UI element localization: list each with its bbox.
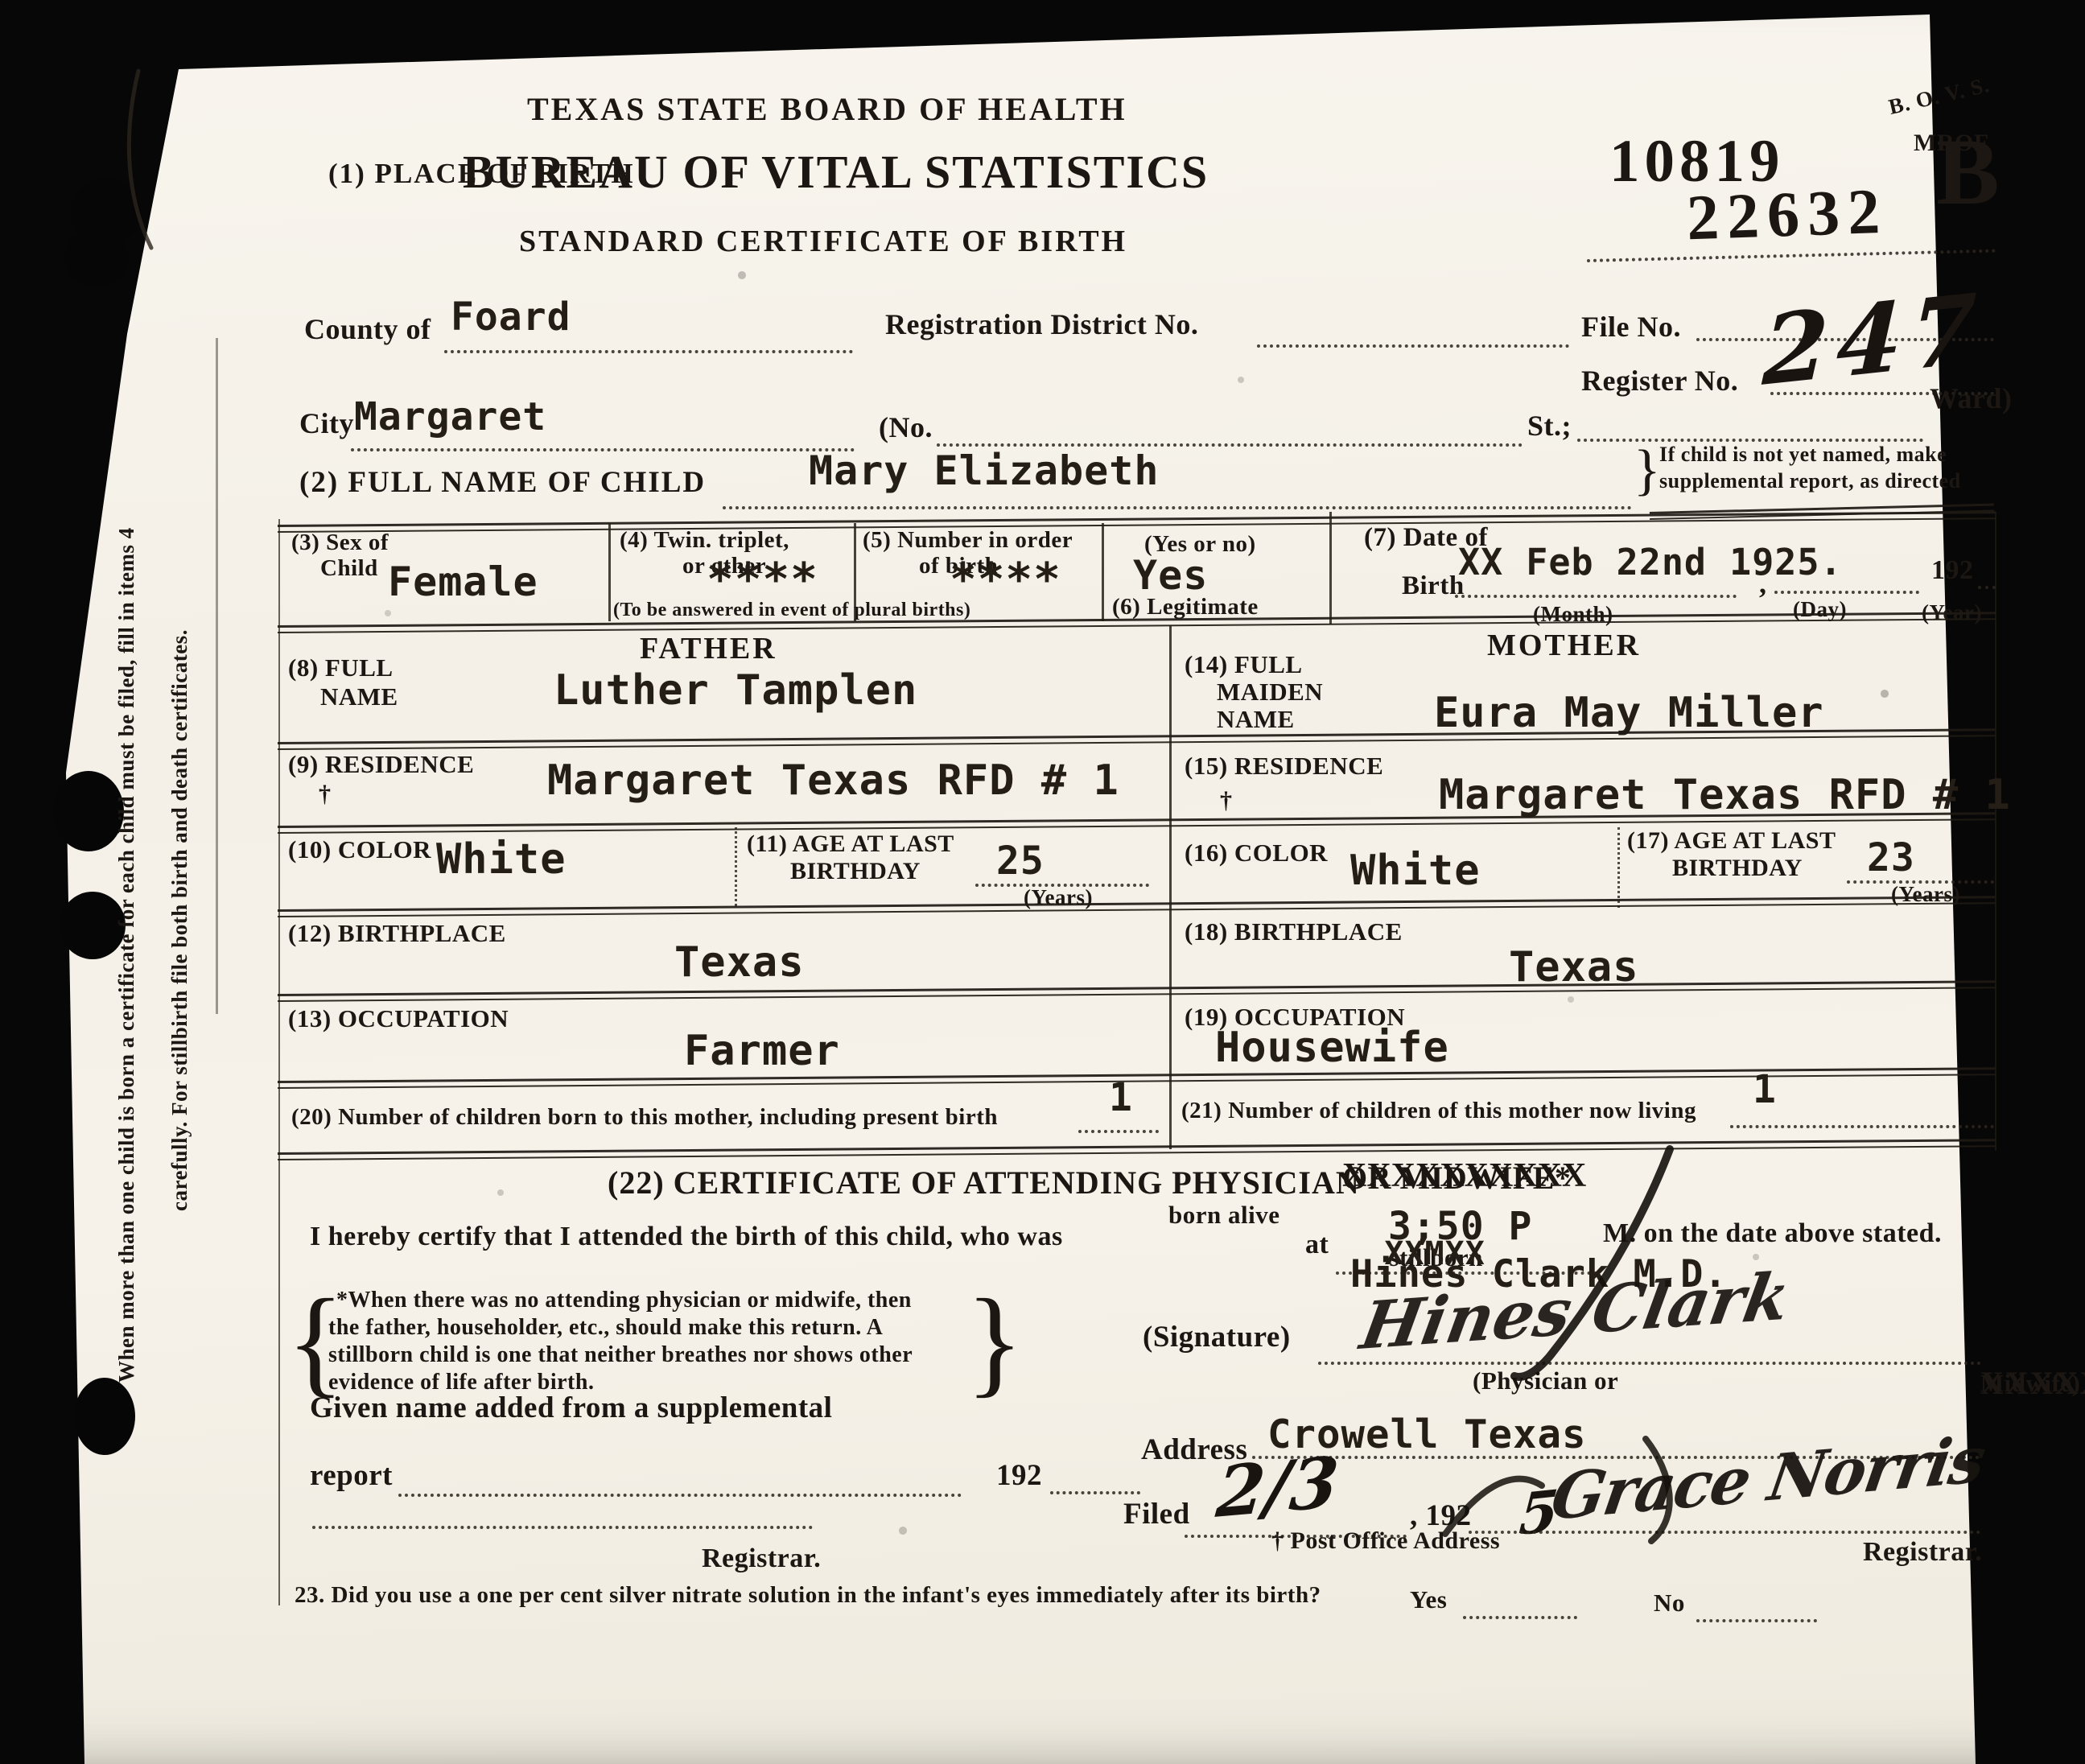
certificate-title: STANDARD CERTIFICATE OF BIRTH (519, 224, 1127, 259)
city-line (351, 448, 855, 451)
father-occupation-label: (13) OCCUPATION (288, 1004, 509, 1033)
registrar-left-line (312, 1526, 813, 1529)
sex-label-1: (3) Sex of (291, 530, 389, 556)
age-divider (1617, 827, 1620, 908)
certify-statement: I hereby certify that I attended the bir… (310, 1222, 1063, 1252)
legitimate-label: (6) Legitimate (1112, 594, 1259, 620)
mother-color-value: White (1350, 847, 1481, 895)
form-letter-b: B (1936, 117, 2000, 227)
mother-residence-dagger: † (1220, 787, 1233, 814)
note-brace-right: } (966, 1281, 1024, 1402)
father-color-value: White (436, 835, 567, 884)
supplemental-note-1: If child is not yet named, make (1659, 443, 1947, 467)
child-name-line (723, 506, 1632, 509)
birth-order-value: **** (950, 554, 1061, 606)
mother-name-label-3: NAME (1217, 705, 1295, 734)
ward-label: Ward) (1930, 381, 2013, 415)
city-value: Margaret (354, 394, 546, 439)
physician-note-3: stillborn child is one that neither brea… (328, 1342, 913, 1368)
age-divider (735, 827, 737, 906)
father-age-label-1: (11) AGE AT LAST (747, 830, 954, 858)
children-born-value: 1 (1109, 1075, 1133, 1120)
mother-color-label: (16) COLOR (1185, 839, 1328, 868)
street-label: St.; (1527, 409, 1572, 443)
plural-births-note: (To be answered in event of plural birth… (613, 600, 970, 621)
margin-instruction-line1: When more than one child is born a certi… (114, 527, 139, 1383)
yes-line (1463, 1616, 1577, 1619)
father-residence-label: (9) RESIDENCE (288, 750, 474, 779)
district-line (1257, 344, 1569, 348)
report-line (398, 1494, 962, 1497)
after-time-text: M. on the date above stated. (1603, 1218, 1942, 1249)
paper-crease (216, 338, 218, 1014)
hole-punch (53, 771, 124, 851)
registration-district-label: Registration District No. (885, 307, 1198, 341)
question-23-yes: Yes (1410, 1585, 1447, 1614)
form-vertical-label: MROF (1914, 132, 1927, 155)
filed-date-value: 2/3 (1214, 1441, 1341, 1534)
children-born-label: (20) Number of children born to this mot… (291, 1104, 998, 1131)
at-label: at (1305, 1230, 1329, 1260)
year-line (1978, 586, 1996, 589)
children-living-value: 1 (1753, 1067, 1777, 1112)
father-name-label-1: (8) FULL (288, 653, 394, 682)
registrar-right-line (1469, 1531, 1980, 1534)
mother-age-value: 23 (1867, 835, 1915, 880)
date-of-birth-value: XX Feb 22nd 1925. (1458, 541, 1843, 583)
supplemental-note-2: supplemental report, as directed (1659, 469, 1961, 493)
grid-line (1102, 523, 1104, 621)
scanned-birth-certificate: When more than one child is born a certi… (0, 0, 2085, 1764)
father-residence-dagger: † (319, 781, 332, 808)
father-age-label-2: BIRTHDAY (790, 858, 921, 885)
mother-section-title: MOTHER (1487, 628, 1641, 663)
register-no-label: Register No. (1581, 364, 1738, 398)
twin-value: **** (707, 554, 818, 606)
physician-note-2: the father, householder, etc., should ma… (328, 1315, 883, 1341)
father-birthplace-value: Texas (674, 938, 805, 987)
street-no-label: (No. (879, 410, 933, 444)
agency-title: TEXAS STATE BOARD OF HEALTH (527, 90, 1127, 128)
born-alive-label: born alive (1168, 1201, 1279, 1230)
scan-specks (0, 0, 3, 3)
street-no-line (937, 443, 1523, 447)
hole-punch (64, 229, 129, 286)
children-living-label: (21) Number of children of this mother n… (1181, 1098, 1696, 1124)
signature-label: (Signature) (1143, 1320, 1291, 1354)
report-year-line (1050, 1491, 1140, 1494)
margin-instruction-line2: carefully. For stillbirth file both birt… (167, 629, 192, 1211)
father-color-label: (10) COLOR (288, 835, 431, 864)
hole-punch (74, 1378, 135, 1455)
mother-birthplace-label: (18) BIRTHPLACE (1185, 917, 1403, 946)
question-23-text: 23. Did you use a one per cent silver ni… (295, 1582, 1321, 1609)
file-number-stamp: 22632 (1685, 175, 1889, 256)
children-born-line (1078, 1130, 1159, 1133)
father-occupation-value: Farmer (684, 1027, 840, 1075)
sex-value: Female (388, 558, 538, 605)
filed-label: Filed (1123, 1497, 1190, 1531)
child-name-label: (2) FULL NAME OF CHILD (299, 465, 706, 500)
mother-occupation-value: Housewife (1215, 1024, 1449, 1072)
child-name-value: Mary Elizabeth (809, 447, 1159, 494)
physician-note-1: *When there was no attending physician o… (336, 1288, 912, 1313)
or-midwife-struck: OR MIDWIFE* XXXXXXXXXX (1342, 1159, 1571, 1197)
question-23-no: No (1654, 1589, 1685, 1618)
strike-x-overlay: XXXXXXXXXX (1342, 1156, 1594, 1195)
report-year: 192 (996, 1458, 1042, 1493)
no-line (1696, 1619, 1817, 1622)
county-value: Foard (451, 295, 571, 340)
children-living-line (1730, 1125, 1994, 1128)
report-label: report (310, 1458, 393, 1493)
midwife-struck: Midwife) XXXXX (1980, 1369, 2081, 1398)
sex-label-2: Child (320, 555, 378, 582)
given-name-note: Given name added from a supplemental (310, 1391, 832, 1425)
registrar-left-label: Registrar. (702, 1543, 821, 1574)
parent-divider (1169, 625, 1172, 1149)
month-line (1455, 595, 1737, 598)
father-name-label-2: NAME (320, 682, 398, 711)
city-label: City (299, 406, 354, 440)
father-section-title: FATHER (640, 631, 777, 666)
strike-x-overlay: XXXXX (1980, 1364, 2085, 1402)
twin-label-1: (4) Twin. triplet, (620, 527, 789, 554)
mother-residence-label: (15) RESIDENCE (1185, 752, 1383, 781)
county-label: County of (304, 312, 431, 346)
grid-line (1329, 512, 1332, 624)
father-birthplace-label: (12) BIRTHPLACE (288, 919, 506, 948)
registrar-right-label: Registrar. (1863, 1537, 1982, 1568)
father-residence-value: Margaret Texas RFD # 1 (547, 756, 1119, 805)
physician-or-label: (Physician or (1473, 1366, 1618, 1395)
post-office-address-label: † Post Office Address (1271, 1527, 1500, 1555)
form-left-border (278, 519, 280, 1605)
bureau-title: BUREAU OF VITAL STATISTICS (463, 145, 1209, 199)
supplemental-brace: } (1634, 439, 1661, 503)
mother-name-label-1: (14) FULL (1185, 650, 1303, 679)
grid-line (608, 523, 611, 621)
file-no-label: File No. (1581, 310, 1681, 344)
year-prefix: 192 (1931, 555, 1974, 586)
father-name-value: Luther Tamplen (554, 666, 917, 715)
mother-name-label-2: MAIDEN (1217, 678, 1323, 707)
mother-age-label-1: (17) AGE AT LAST (1627, 827, 1836, 855)
mother-age-label-2: BIRTHDAY (1672, 855, 1803, 882)
birth-order-label-1: (5) Number in order (863, 527, 1073, 554)
county-line (444, 350, 853, 353)
date-comma: , (1759, 567, 1767, 600)
father-age-value: 25 (996, 839, 1045, 884)
legitimate-value: Yes (1133, 552, 1208, 599)
time-value: 3;50 P (1388, 1204, 1532, 1249)
physician-certificate-title: (22) CERTIFICATE OF ATTENDING PHYSICIAN (608, 1164, 1360, 1201)
signature-line (1318, 1362, 1981, 1365)
form-right-border (1995, 512, 1996, 1151)
street-line (1577, 439, 1923, 442)
day-line (1774, 591, 1919, 594)
